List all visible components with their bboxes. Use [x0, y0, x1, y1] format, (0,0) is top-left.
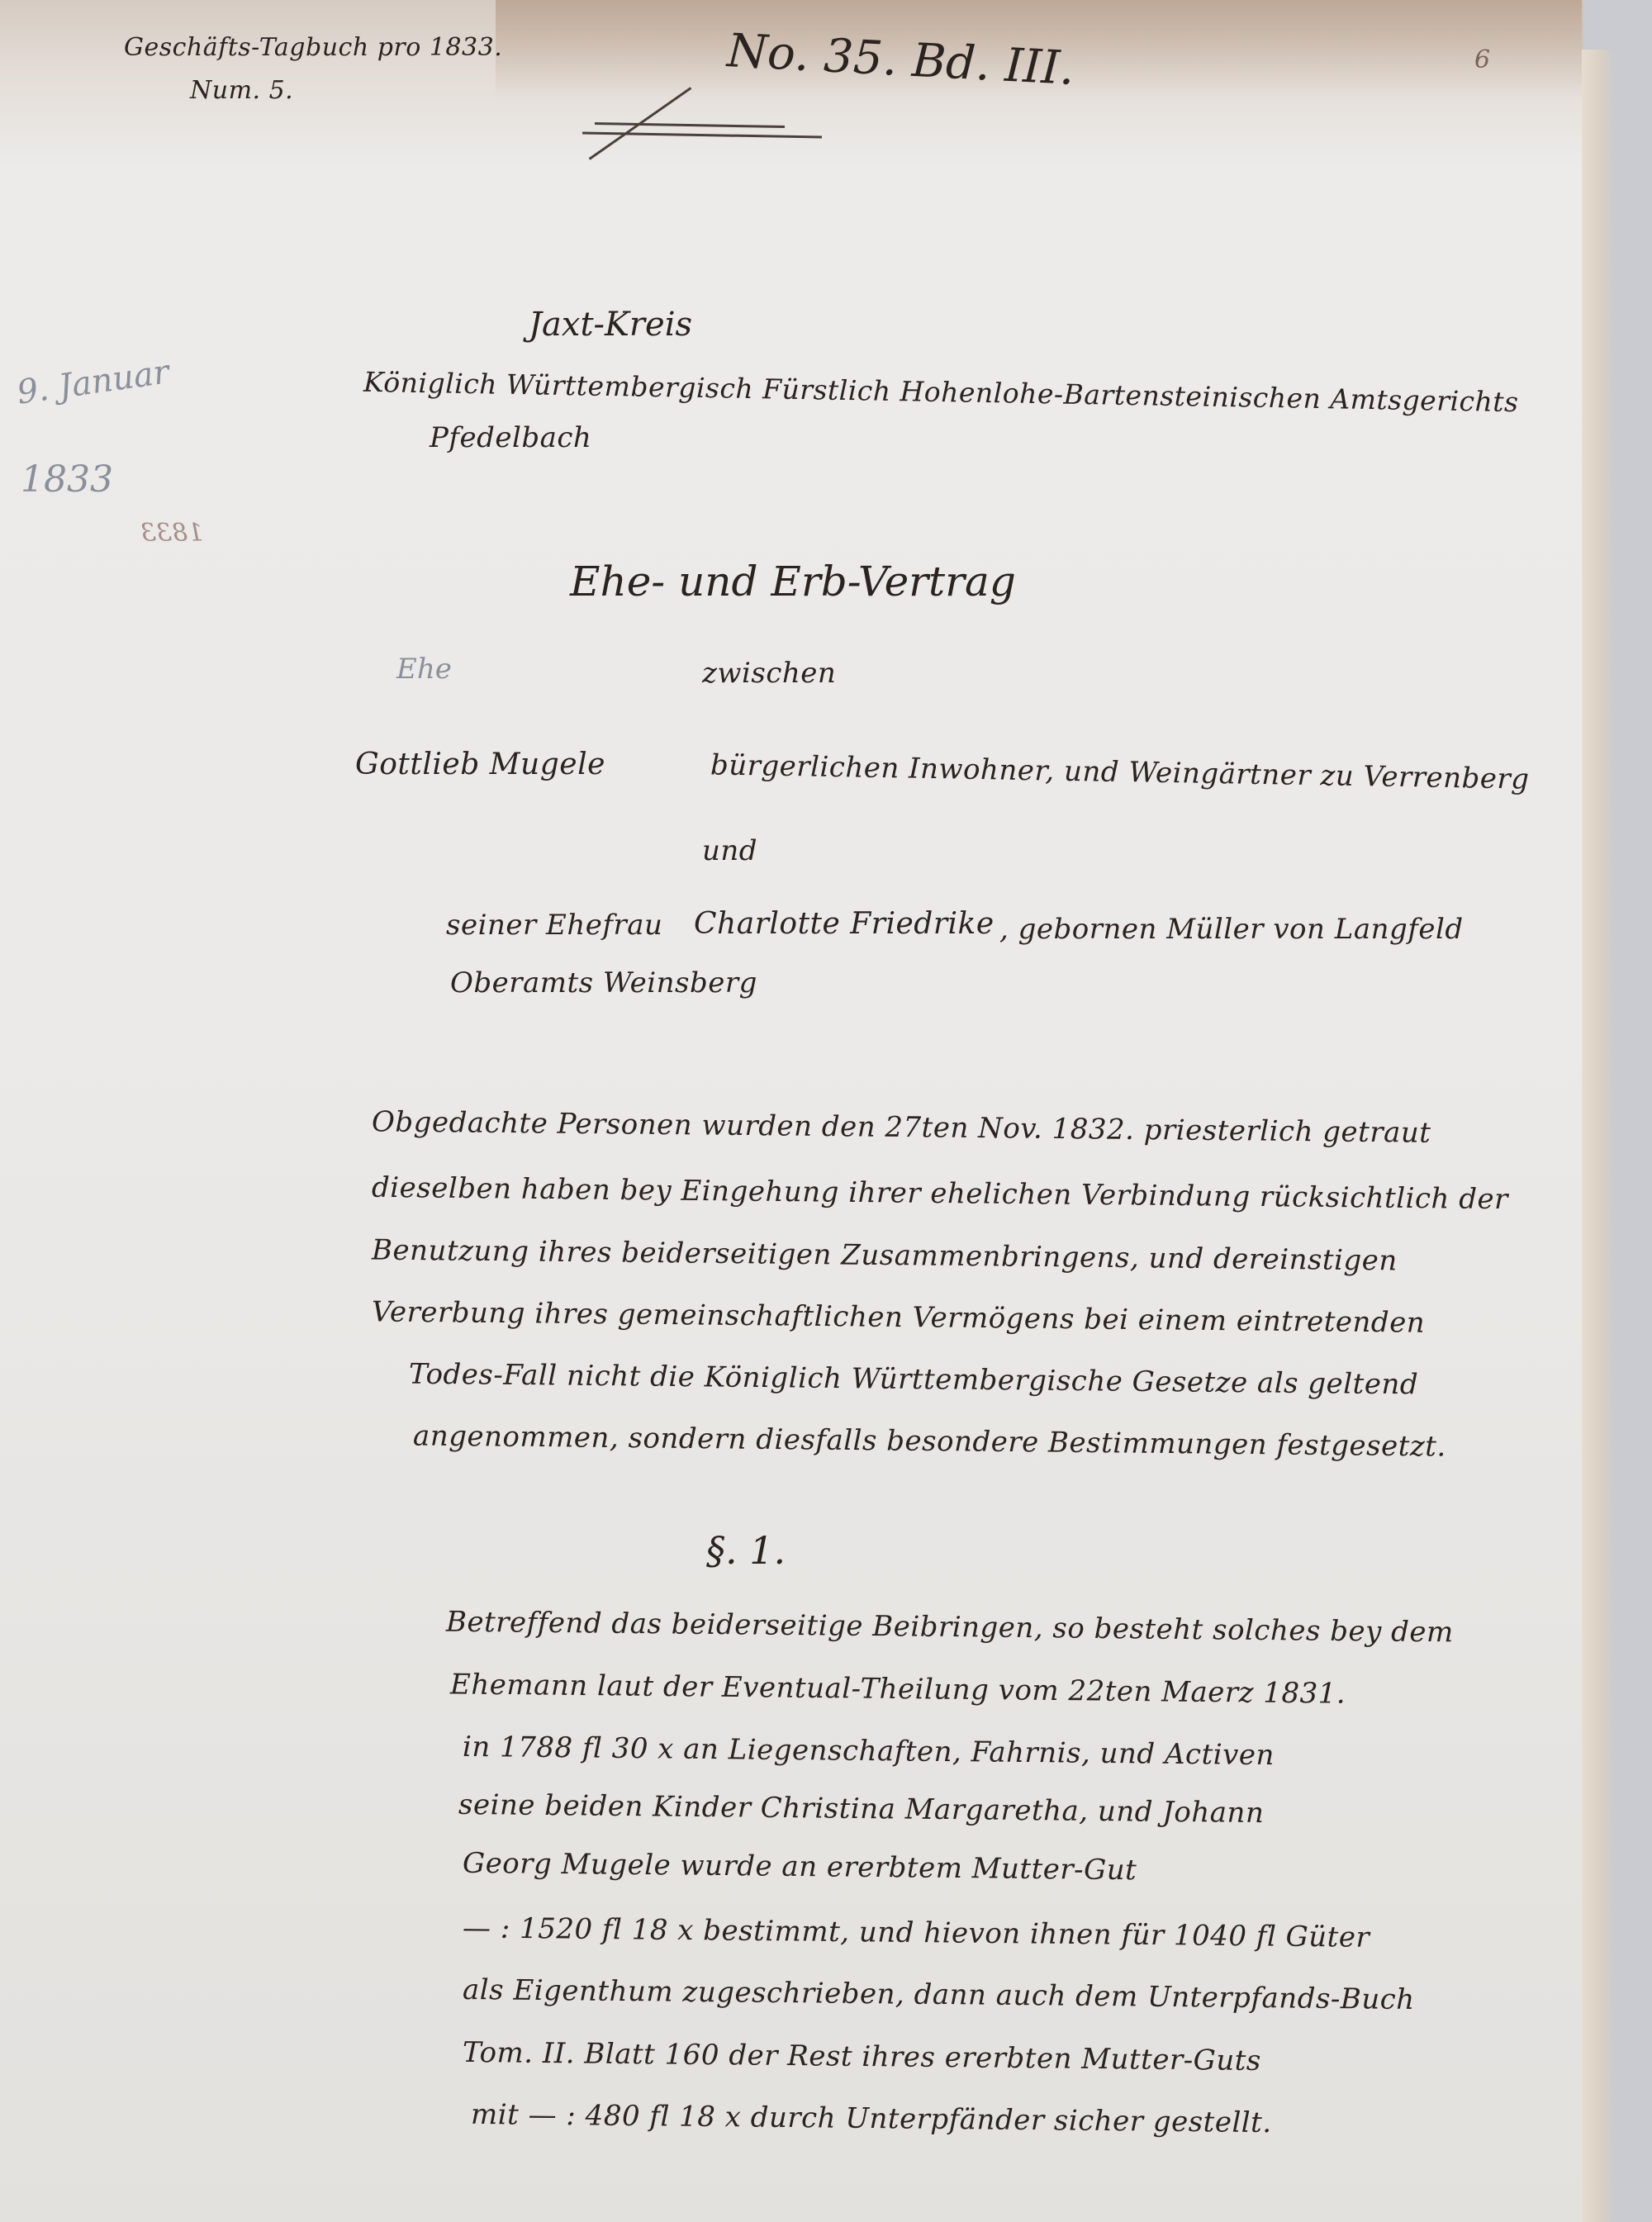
underline-1 [595, 122, 785, 128]
margin-note-date: 9. Januar [15, 353, 172, 411]
section-line: Georg Mugele wurde an ererbtem Mutter-Gu… [463, 1847, 1137, 1887]
court-line: Königlich Württembergisch Fürstlich Hohe… [363, 366, 1519, 418]
header-ledger-title: Geschäfts-Tagbuch pro 1833. [124, 33, 502, 62]
preamble-line: Obgedachte Personen wurden den 27ten Nov… [372, 1105, 1431, 1149]
margin-note-ehe: Ehe [396, 653, 452, 686]
section-line: — : 1520 fl 18 x bestimmt, und hievon ih… [463, 1911, 1370, 1954]
party1-description: bürgerlichen Inwohner, und Weingärtner z… [710, 748, 1530, 795]
party2-district: Oberamts Weinsberg [450, 966, 757, 999]
district-heading: Jaxt-Kreis [529, 306, 692, 344]
party2-origin: , gebornen Müller von Langfeld [999, 913, 1464, 946]
party1-name: Gottlieb Mugele [355, 748, 605, 781]
section-line: Tom. II. Blatt 160 der Rest ihres ererbt… [463, 2036, 1261, 2077]
party2-prefix: seiner Ehefrau [446, 909, 662, 942]
section-line: in 1788 fl 30 x an Liegenschaften, Fahrn… [463, 1731, 1275, 1772]
section-line: Ehemann laut der Eventual-Theilung vom 2… [450, 1668, 1346, 1710]
section-line: mit — : 480 fl 18 x durch Unterpfänder s… [471, 2098, 1272, 2139]
preamble-line: Vererbung ihres gemeinschaftlichen Vermö… [372, 1295, 1426, 1339]
section-line: Betreffend das beiderseitige Beibringen,… [446, 1606, 1454, 1650]
party2-name: Charlotte Friedrike [694, 907, 995, 941]
bleed-through-year: 1833 [140, 519, 203, 548]
section-heading: §. 1. [706, 1528, 786, 1573]
manuscript-page: Geschäfts-Tagbuch pro 1833. Num. 5. No. … [0, 0, 1583, 2222]
section-line: als Eigenthum zugeschrieben, dann auch d… [463, 1973, 1415, 2016]
corner-mark: 6 [1474, 45, 1490, 74]
preamble-line: Benutzung ihres beiderseitigen Zusammenb… [372, 1233, 1398, 1277]
book-page-edges [1582, 50, 1615, 2222]
preamble-line: dieselben haben bey Eingehung ihrer ehel… [372, 1171, 1508, 1216]
between-label: zwischen [702, 657, 836, 690]
margin-note-year: 1833 [21, 458, 113, 501]
court-place: Pfedelbach [430, 421, 591, 454]
preamble-line: angenommen, sondern diesfalls besondere … [413, 1419, 1446, 1463]
header-number: Num. 5. [190, 76, 293, 105]
section-line: seine beiden Kinder Christina Margaretha… [458, 1788, 1265, 1830]
contract-title: Ehe- und Erb-Vertrag [570, 558, 1016, 605]
and-label: und [702, 834, 757, 867]
header-volume-number: No. 35. Bd. III. [726, 24, 1076, 96]
preamble-line: Todes-Fall nicht die Königlich Württembe… [409, 1358, 1418, 1402]
